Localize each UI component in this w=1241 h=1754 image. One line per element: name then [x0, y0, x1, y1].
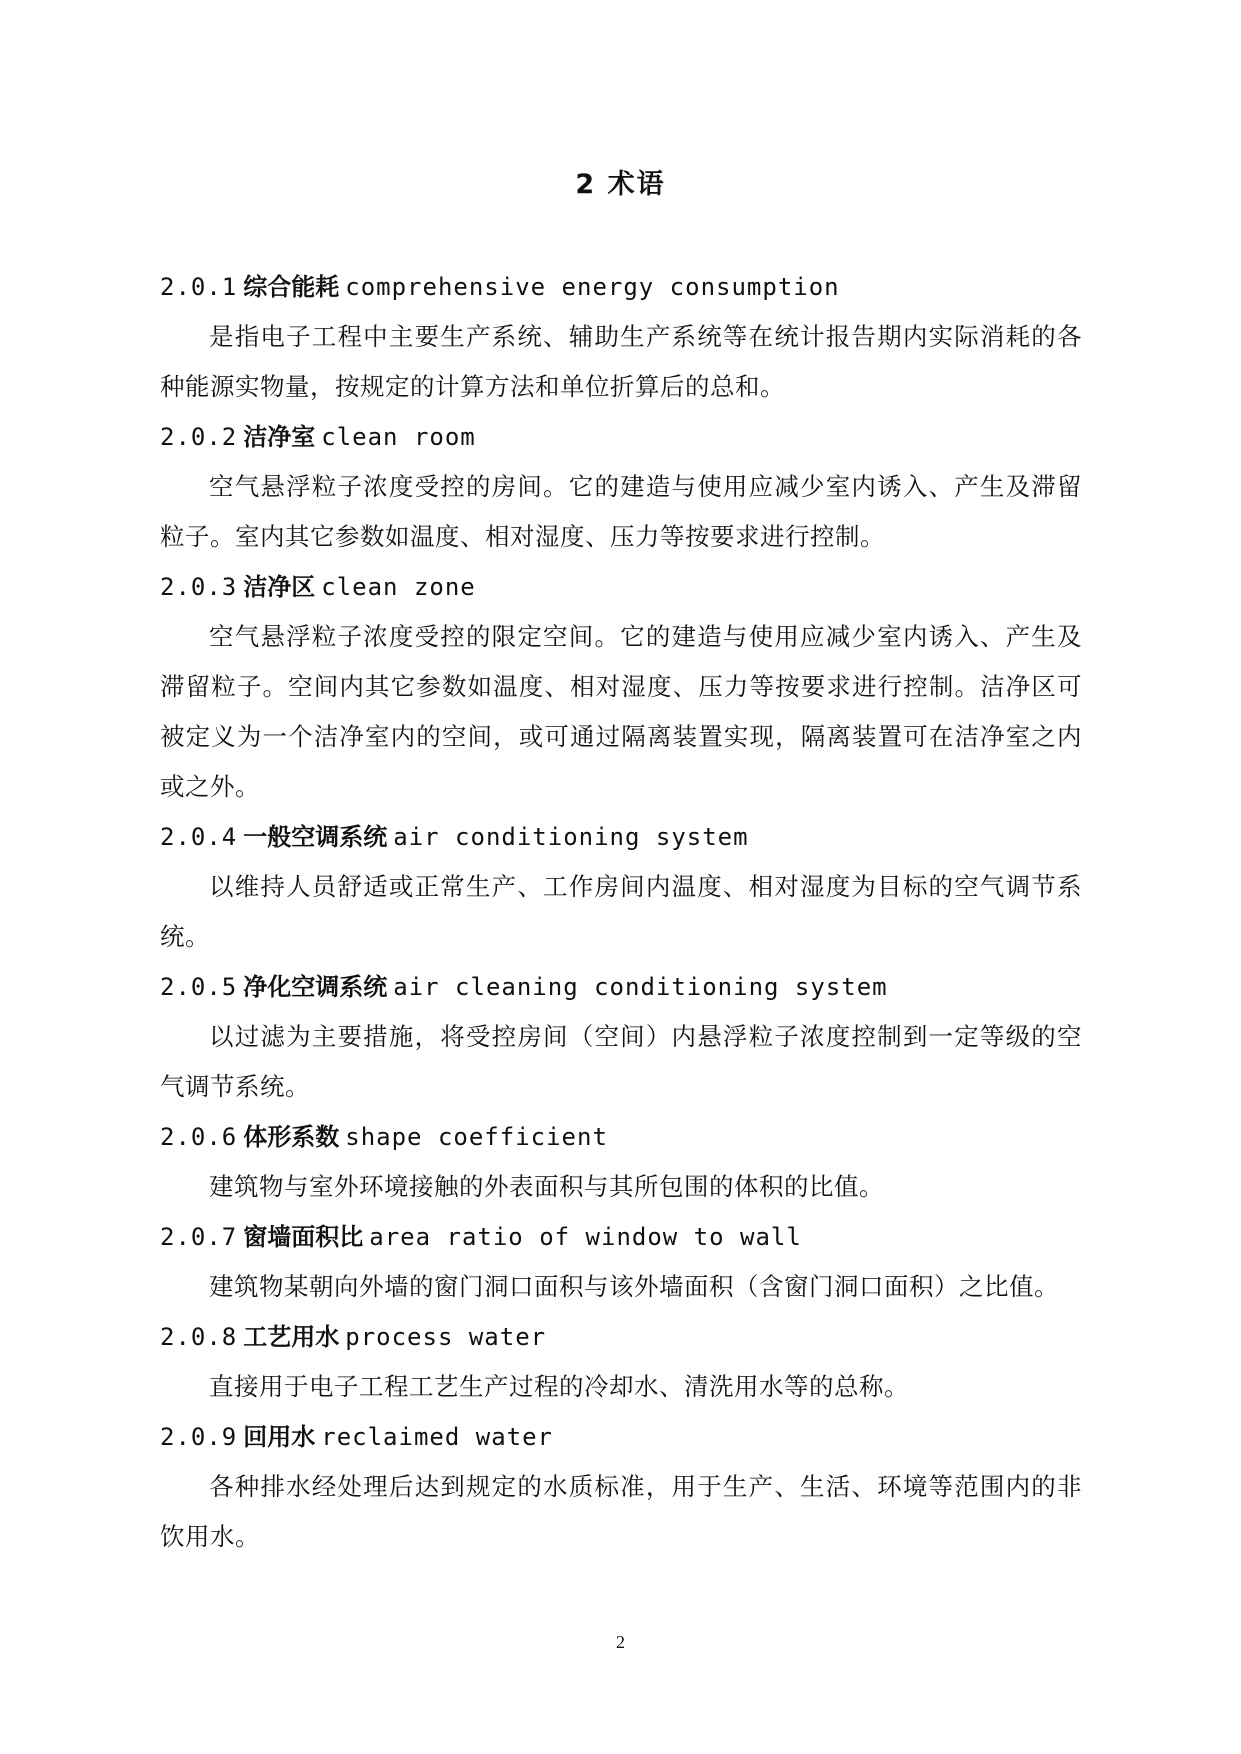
term-chinese: 洁净室	[243, 423, 315, 451]
term-entry: 2.0.7窗墙面积比area ratio of window to wall 建…	[160, 1212, 1082, 1312]
term-chinese: 综合能耗	[243, 273, 339, 301]
term-heading: 2.0.4一般空调系统air conditioning system	[160, 812, 1082, 862]
term-number: 2.0.1	[160, 273, 237, 301]
term-entry: 2.0.5净化空调系统air cleaning conditioning sys…	[160, 962, 1082, 1112]
term-english: shape coefficient	[345, 1123, 608, 1151]
term-english: area ratio of window to wall	[369, 1223, 802, 1251]
term-heading: 2.0.5净化空调系统air cleaning conditioning sys…	[160, 962, 1082, 1012]
term-definition: 建筑物与室外环境接触的外表面积与其所包围的体积的比值。	[160, 1162, 1082, 1212]
term-heading: 2.0.6体形系数shape coefficient	[160, 1112, 1082, 1162]
term-number: 2.0.8	[160, 1323, 237, 1351]
term-heading: 2.0.1综合能耗comprehensive energy consumptio…	[160, 262, 1082, 312]
document-page: 2 术语 2.0.1综合能耗comprehensive energy consu…	[0, 0, 1241, 1754]
term-number: 2.0.2	[160, 423, 237, 451]
term-english: clean room	[321, 423, 476, 451]
term-english: air conditioning system	[393, 823, 748, 851]
term-chinese: 工艺用水	[243, 1323, 339, 1351]
term-number: 2.0.4	[160, 823, 237, 851]
term-entry: 2.0.9回用水reclaimed water 各种排水经处理后达到规定的水质标…	[160, 1412, 1082, 1562]
term-english: clean zone	[321, 573, 476, 601]
term-definition: 建筑物某朝向外墙的窗门洞口面积与该外墙面积（含窗门洞口面积）之比值。	[160, 1262, 1082, 1312]
chapter-title: 2 术语	[0, 162, 1241, 201]
term-heading: 2.0.8工艺用水process water	[160, 1312, 1082, 1362]
term-number: 2.0.7	[160, 1223, 237, 1251]
term-heading: 2.0.7窗墙面积比area ratio of window to wall	[160, 1212, 1082, 1262]
term-number: 2.0.6	[160, 1123, 237, 1151]
term-definition: 直接用于电子工程工艺生产过程的冷却水、清洗用水等的总称。	[160, 1362, 1082, 1412]
term-entry: 2.0.8工艺用水process water 直接用于电子工程工艺生产过程的冷却…	[160, 1312, 1082, 1412]
term-number: 2.0.5	[160, 973, 237, 1001]
term-definition: 空气悬浮粒子浓度受控的限定空间。它的建造与使用应减少室内诱入、产生及滞留粒子。空…	[160, 612, 1082, 812]
term-chinese: 一般空调系统	[243, 823, 387, 851]
terms-list: 2.0.1综合能耗comprehensive energy consumptio…	[160, 262, 1082, 1562]
term-heading: 2.0.9回用水reclaimed water	[160, 1412, 1082, 1462]
term-definition: 空气悬浮粒子浓度受控的房间。它的建造与使用应减少室内诱入、产生及滞留粒子。室内其…	[160, 462, 1082, 562]
term-heading: 2.0.2洁净室clean room	[160, 412, 1082, 462]
term-chinese: 净化空调系统	[243, 973, 387, 1001]
term-entry: 2.0.2洁净室clean room 空气悬浮粒子浓度受控的房间。它的建造与使用…	[160, 412, 1082, 562]
term-definition: 以过滤为主要措施，将受控房间（空间）内悬浮粒子浓度控制到一定等级的空气调节系统。	[160, 1012, 1082, 1112]
term-entry: 2.0.6体形系数shape coefficient 建筑物与室外环境接触的外表…	[160, 1112, 1082, 1212]
term-heading: 2.0.3洁净区clean zone	[160, 562, 1082, 612]
term-definition: 是指电子工程中主要生产系统、辅助生产系统等在统计报告期内实际消耗的各种能源实物量…	[160, 312, 1082, 412]
term-english: comprehensive energy consumption	[345, 273, 839, 301]
term-entry: 2.0.1综合能耗comprehensive energy consumptio…	[160, 262, 1082, 412]
term-chinese: 洁净区	[243, 573, 315, 601]
term-chinese: 窗墙面积比	[243, 1223, 363, 1251]
term-number: 2.0.9	[160, 1423, 237, 1451]
term-english: process water	[345, 1323, 546, 1351]
term-entry: 2.0.4一般空调系统air conditioning system 以维持人员…	[160, 812, 1082, 962]
term-chinese: 回用水	[243, 1423, 315, 1451]
term-entry: 2.0.3洁净区clean zone 空气悬浮粒子浓度受控的限定空间。它的建造与…	[160, 562, 1082, 812]
term-definition: 以维持人员舒适或正常生产、工作房间内温度、相对湿度为目标的空气调节系统。	[160, 862, 1082, 962]
page-number: 2	[0, 1632, 1241, 1653]
term-definition: 各种排水经处理后达到规定的水质标准，用于生产、生活、环境等范围内的非饮用水。	[160, 1462, 1082, 1562]
term-english: air cleaning conditioning system	[393, 973, 887, 1001]
term-number: 2.0.3	[160, 573, 237, 601]
term-english: reclaimed water	[321, 1423, 553, 1451]
term-chinese: 体形系数	[243, 1123, 339, 1151]
